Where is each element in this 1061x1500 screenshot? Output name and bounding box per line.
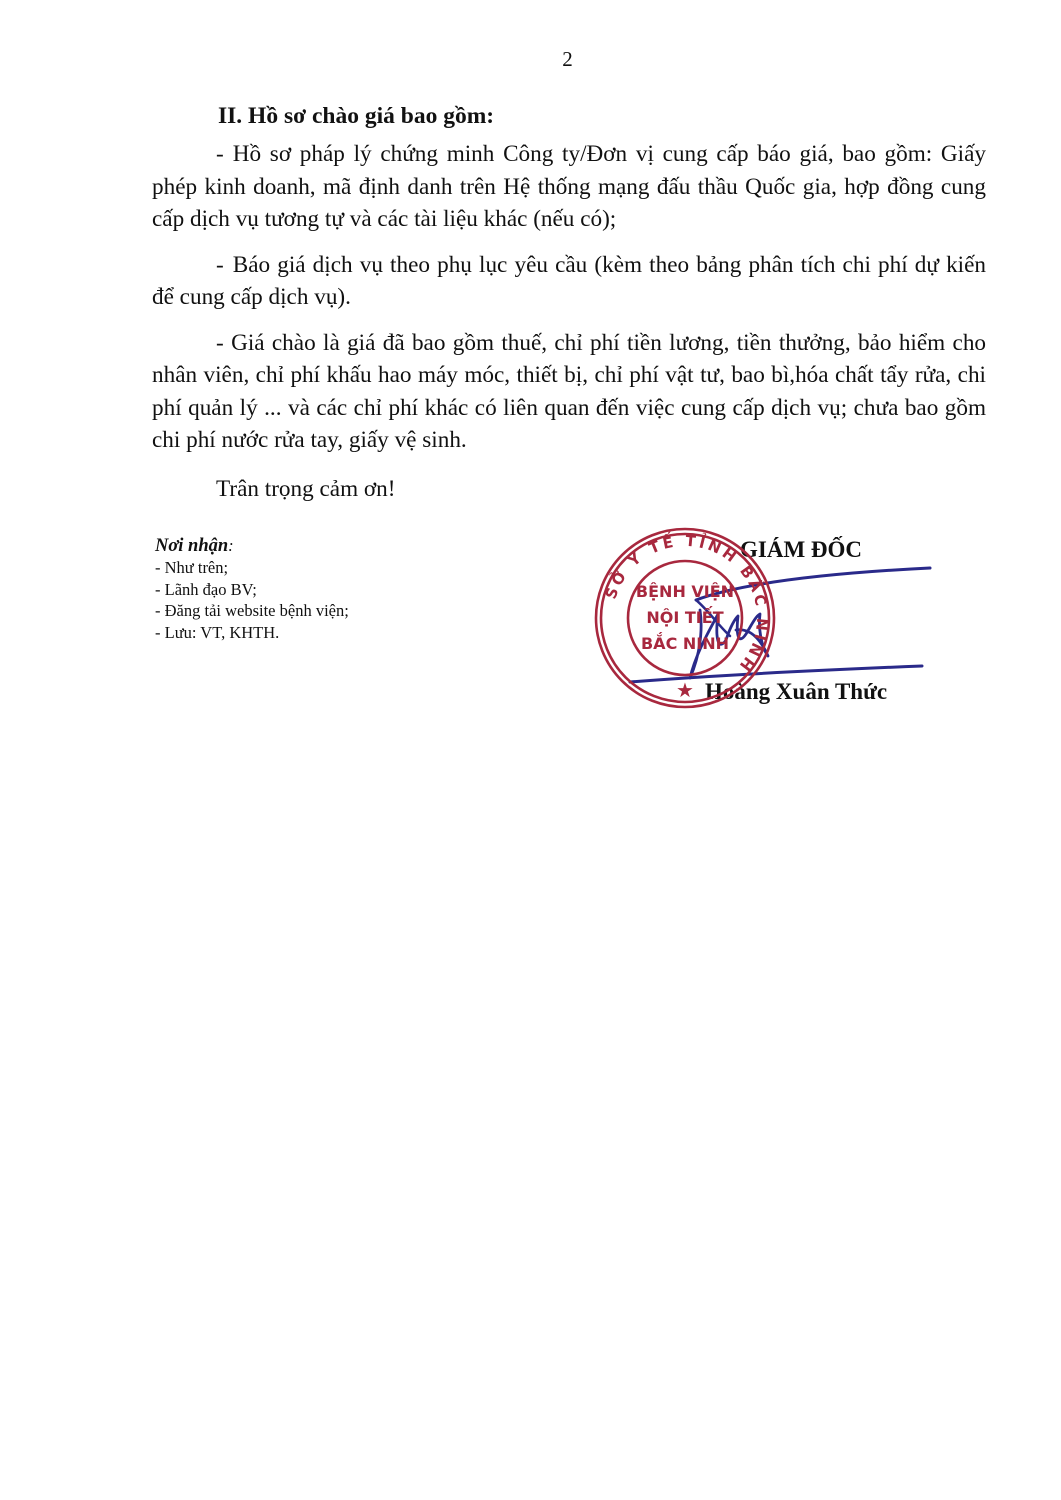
paragraph-price-terms: - Giá chào là giá đã bao gồm thuế, chỉ p… <box>152 327 986 457</box>
recipients-heading: Nơi nhận: <box>155 535 349 557</box>
paragraph-legal-docs: -Hồ sơ pháp lý chứng minh Công ty/Đơn vị… <box>152 138 986 236</box>
recipients-label: Nơi nhận <box>155 536 228 556</box>
page-number: 2 <box>0 47 1061 72</box>
list-dash: - <box>216 330 224 356</box>
document-body: II. Hồ sơ chào giá bao gồm: -Hồ sơ pháp … <box>152 100 986 505</box>
recipient-item: - Lãnh đạo BV; <box>155 579 349 601</box>
stamp-center-line: NỘI TIẾT <box>646 606 723 627</box>
stamp-center-line: BỆNH VIỆN <box>636 581 734 601</box>
paragraph-text: Hồ sơ pháp lý chứng minh Công ty/Đơn vị … <box>152 141 986 232</box>
star-icon: ★ <box>676 680 694 702</box>
paragraph-quotation: -Báo giá dịch vụ theo phụ lục yêu cầu (k… <box>152 249 986 314</box>
recipient-item: - Như trên; <box>155 557 349 579</box>
section-heading: II. Hồ sơ chào giá bao gồm: <box>152 100 986 132</box>
official-stamp-icon: SỞ Y TẾ TỈNH BẮC NINH BỆNH VIỆN NỘI TIẾT… <box>592 525 778 711</box>
signature-block: GIÁM ĐỐC Hoàng Xuân Thức SỞ Y TẾ TỈNH BẮ… <box>600 530 960 720</box>
recipient-item: - Đăng tải website bệnh viện; <box>155 600 349 622</box>
list-dash: - <box>216 141 224 167</box>
paragraph-text: Báo giá dịch vụ theo phụ lục yêu cầu (kè… <box>152 252 986 311</box>
closing-thanks: Trân trọng cảm ơn! <box>152 473 986 506</box>
paragraph-text: Giá chào là giá đã bao gồm thuế, chỉ phí… <box>152 330 986 454</box>
stamp-center-line: BẮC NINH <box>641 632 729 653</box>
recipients-colon: : <box>228 536 234 555</box>
recipients-block: Nơi nhận: - Như trên; - Lãnh đạo BV; - Đ… <box>155 535 349 643</box>
list-dash: - <box>216 252 224 278</box>
recipient-item: - Lưu: VT, KHTH. <box>155 622 349 644</box>
